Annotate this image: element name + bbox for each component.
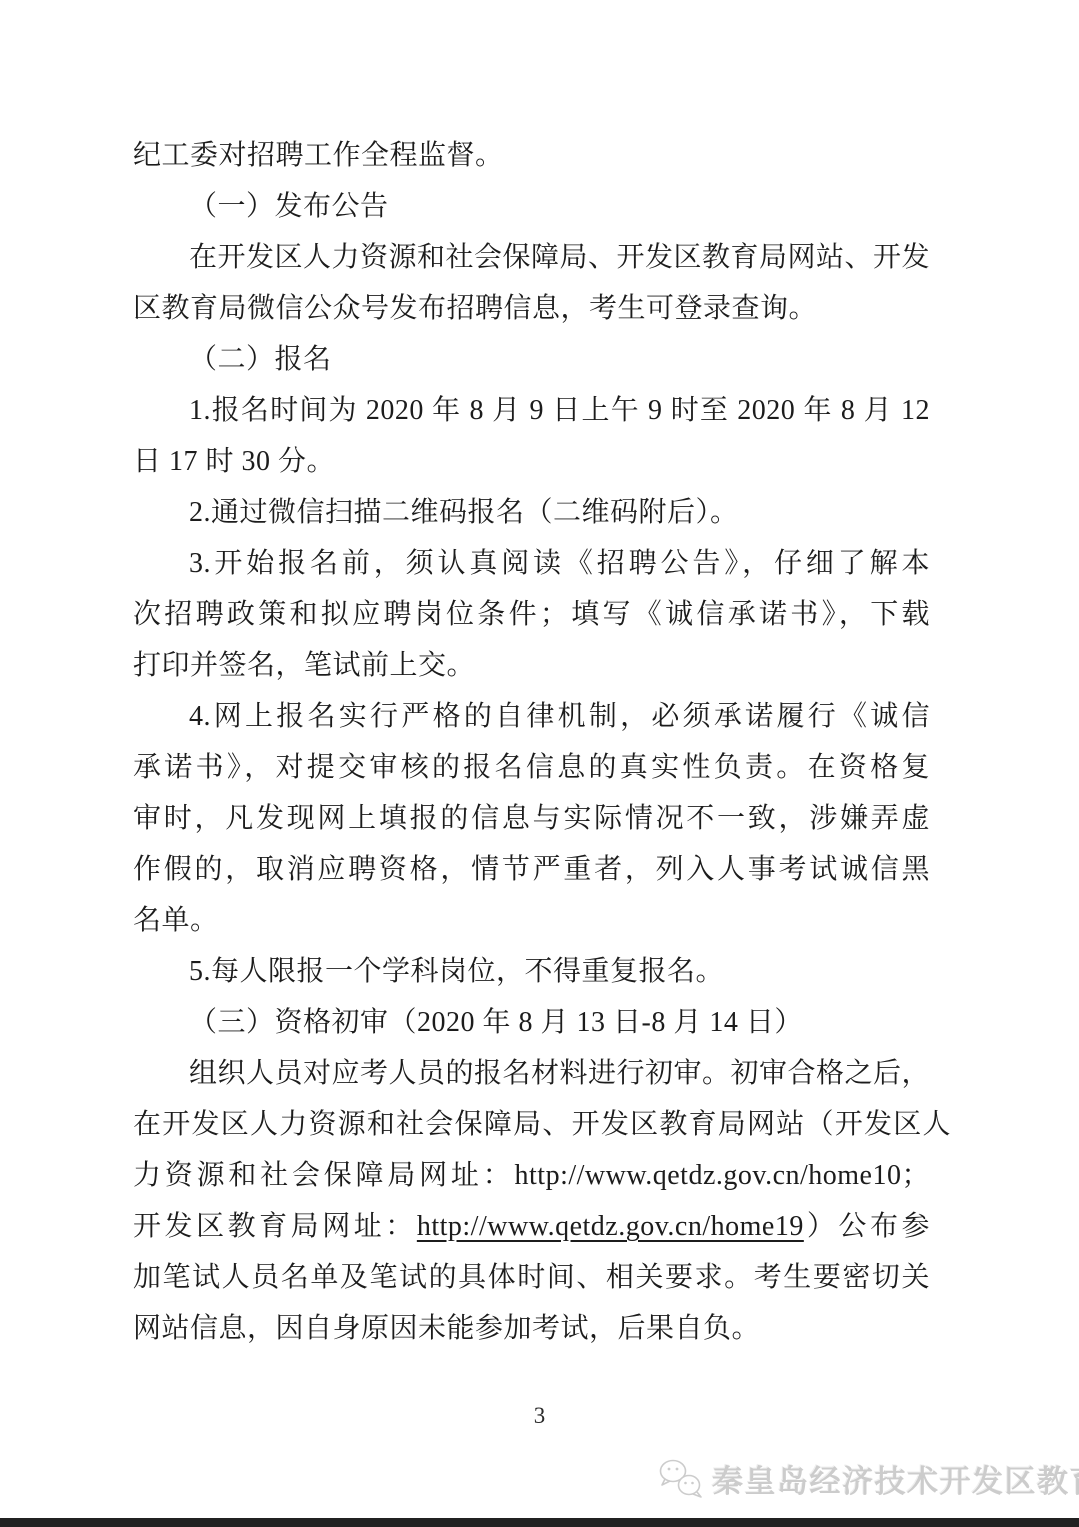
paragraph-line: 名单。 [133,895,930,946]
paragraph-line: 在开发区人力资源和社会保障局、开发区教育局网站、开发 [133,232,930,283]
document-body: 纪工委对招聘工作全程监督。 （一）发布公告 在开发区人力资源和社会保障局、开发区… [133,130,930,1354]
url-suffix-text: ）公布参 [804,1211,930,1242]
list-item-2: 2.通过微信扫描二维码报名（二维码附后）。 [133,487,930,538]
footer-brand: 秦皇岛经济技术开发区教育局 [658,1456,1079,1501]
paragraph-line-url-home19: 开发区教育局网址：http://www.qetdz.gov.cn/home19）… [133,1201,930,1252]
paragraph-line: 作假的，取消应聘资格，情节严重者，列入人事考试诚信黑 [133,844,930,895]
section-heading-2: （二）报名 [133,334,930,385]
paragraph-line: 审时，凡发现网上填报的信息与实际情况不一致，涉嫌弄虚 [133,793,930,844]
paragraph-line: 区教育局微信公众号发布招聘信息，考生可登录查询。 [133,283,930,334]
paragraph-line-url-home10: 力资源和社会保障局网址：http://www.qetdz.gov.cn/home… [133,1150,930,1201]
underlined-url: http://www.qetdz.gov.cn/home19 [417,1211,804,1242]
section-heading-3: （三）资格初审（2020 年 8 月 13 日-8 月 14 日） [133,997,930,1048]
paragraph-line: 纪工委对招聘工作全程监督。 [133,130,930,181]
list-item-4: 4.网上报名实行严格的自律机制，必须承诺履行《诚信 [133,691,930,742]
paragraph-line: 加笔试人员名单及笔试的具体时间、相关要求。考生要密切关注 [133,1252,930,1303]
paragraph-line: 网站信息，因自身原因未能参加考试，后果自负。 [133,1303,930,1354]
list-item-1: 1.报名时间为 2020 年 8 月 9 日上午 9 时至 2020 年 8 月… [133,385,930,436]
paragraph-line: 次招聘政策和拟应聘岗位条件；填写《诚信承诺书》，下载 [133,589,930,640]
url-prefix-text: 开发区教育局网址： [133,1211,417,1242]
paragraph-line: 承诺书》，对提交审核的报名信息的真实性负责。在资格复 [133,742,930,793]
paragraph-line: 打印并签名，笔试前上交。 [133,640,930,691]
paragraph-line: 在开发区人力资源和社会保障局、开发区教育局网站（开发区人 [133,1099,951,1150]
paragraph-line: 日 17 时 30 分。 [133,436,930,487]
bottom-bar [0,1518,1079,1527]
list-item-5: 5.每人限报一个学科岗位，不得重复报名。 [133,946,930,997]
list-item-3: 3.开始报名前，须认真阅读《招聘公告》，仔细了解本 [133,538,930,589]
wechat-icon [658,1458,706,1500]
page-number: 3 [0,1403,1079,1429]
footer-brand-text: 秦皇岛经济技术开发区教育局 [712,1456,1079,1501]
section-heading-1: （一）发布公告 [133,181,930,232]
paragraph-line: 组织人员对应考人员的报名材料进行初审。初审合格之后， [133,1048,930,1099]
